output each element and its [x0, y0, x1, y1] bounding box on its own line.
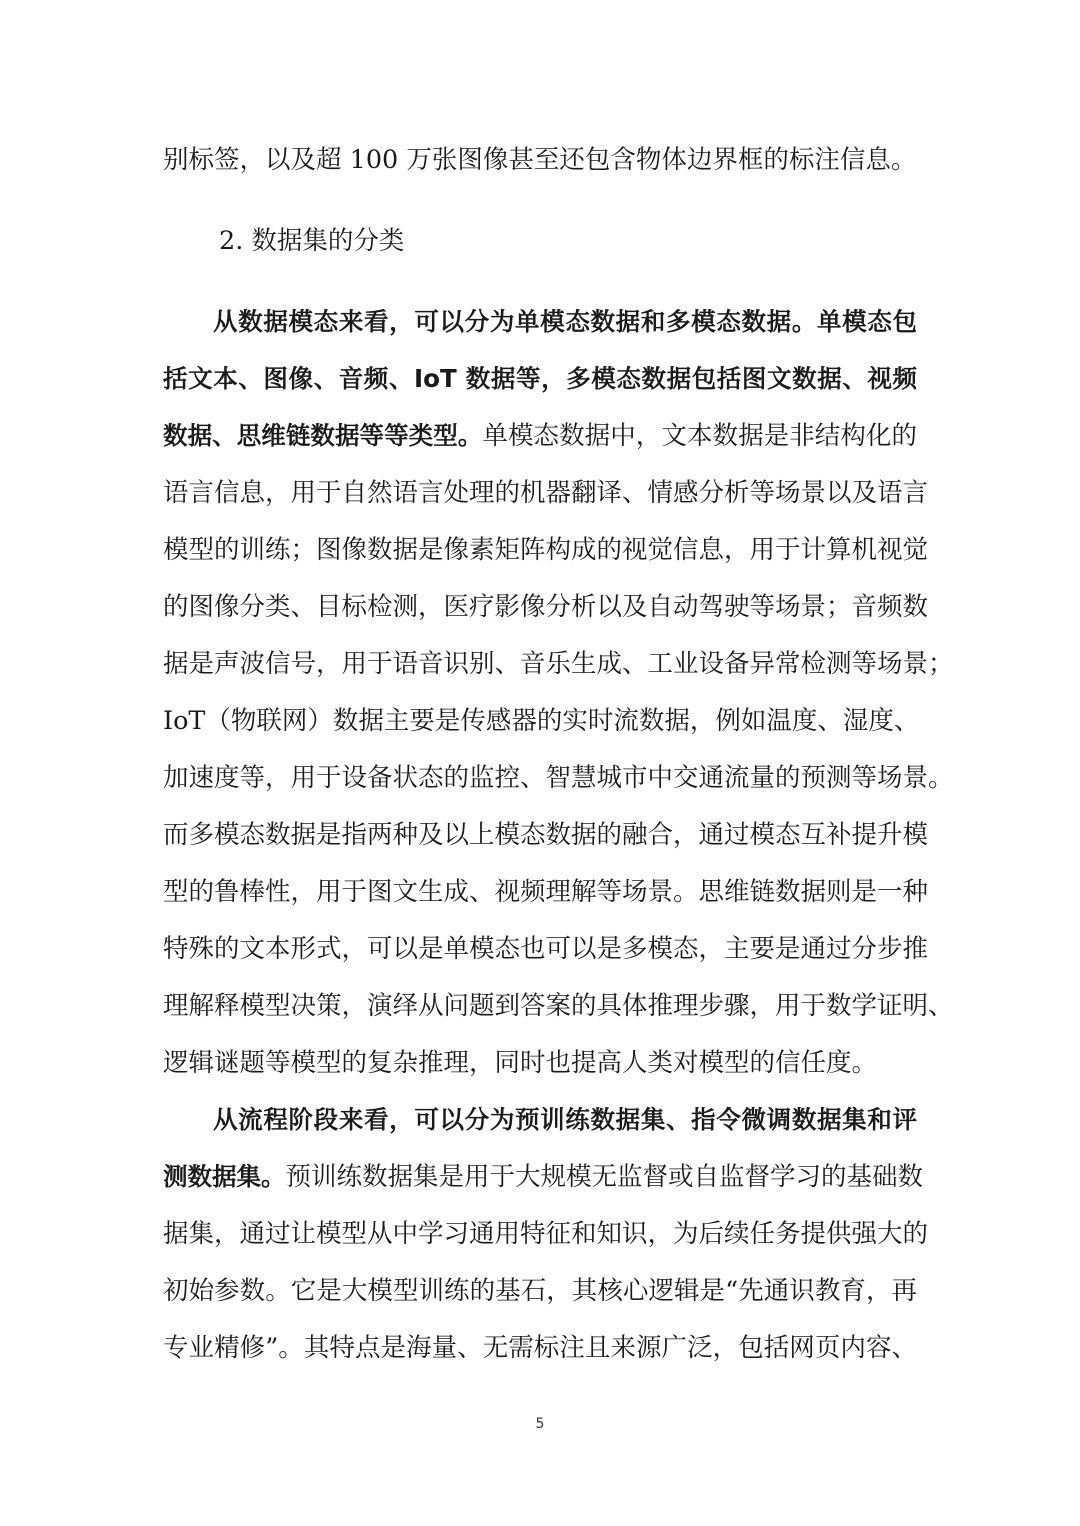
normal-text: 加速度等，用于设备状态的监控、智慧城市中交通流量的预测等场景。	[163, 763, 954, 793]
normal-text: 单模态数据中，文本数据是非结构化的	[482, 421, 917, 451]
paragraph-line: IoT（物联网）数据主要是传感器的实时流数据，例如温度、湿度、	[163, 701, 917, 741]
paragraph-line: 而多模态数据是指两种及以上模态数据的融合，通过模态互补提升模	[163, 815, 917, 855]
paragraph-line: 逻辑谜题等模型的复杂推理，同时也提高人类对模型的信任度。	[163, 1043, 917, 1083]
page-number: 5	[530, 1416, 550, 1432]
normal-text: 初始参数。它是大模型训练的基石，其核心逻辑是“先通识教育，再	[163, 1276, 917, 1306]
paragraph-line: 从流程阶段来看，可以分为预训练数据集、指令微调数据集和评	[213, 1100, 917, 1140]
normal-text: 型的鲁棒性，用于图文生成、视频理解等场景。思维链数据则是一种	[163, 877, 928, 907]
normal-text: 模型的训练；图像数据是像素矩阵构成的视觉信息，用于计算机视觉	[163, 535, 928, 565]
normal-text: IoT（物联网）数据主要是传感器的实时流数据，例如温度、湿度、	[163, 706, 919, 736]
carryover-line: 别标签，以及超 100 万张图像甚至还包含物体边界框的标注信息。	[163, 140, 917, 180]
paragraph-line: 初始参数。它是大模型训练的基石，其核心逻辑是“先通识教育，再	[163, 1271, 917, 1311]
paragraph-line: 模型的训练；图像数据是像素矩阵构成的视觉信息，用于计算机视觉	[163, 530, 917, 570]
paragraph-line: 专业精修”。其特点是海量、无需标注且来源广泛，包括网页内容、	[163, 1328, 917, 1368]
section-heading: 2. 数据集的分类	[219, 221, 404, 261]
normal-text: 特殊的文本形式，可以是单模态也可以是多模态，主要是通过分步推	[163, 934, 928, 964]
paragraph-line: 型的鲁棒性，用于图文生成、视频理解等场景。思维链数据则是一种	[163, 872, 917, 912]
normal-text: 语言信息，用于自然语言处理的机器翻译、情感分析等场景以及语言	[163, 478, 928, 508]
paragraph-line: 特殊的文本形式，可以是单模态也可以是多模态，主要是通过分步推	[163, 929, 917, 969]
paragraph-line: 据是声波信号，用于语音识别、音乐生成、工业设备异常检测等场景；	[163, 644, 917, 684]
normal-text: 专业精修”。其特点是海量、无需标注且来源广泛，包括网页内容、	[163, 1333, 917, 1363]
bold-text: 数据、思维链数据等等类型。	[163, 421, 482, 450]
paragraph-line: 括文本、图像、音频、IoT 数据等，多模态数据包括图文数据、视频	[163, 359, 917, 399]
paragraph-line: 的图像分类、目标检测，医疗影像分析以及自动驾驶等场景；音频数	[163, 587, 917, 627]
normal-text: 的图像分类、目标检测，医疗影像分析以及自动驾驶等场景；音频数	[163, 592, 928, 622]
normal-text: 预训练数据集是用于大规模无监督或自监督学习的基础数	[286, 1162, 924, 1192]
paragraph-line: 语言信息，用于自然语言处理的机器翻译、情感分析等场景以及语言	[163, 473, 917, 513]
normal-text: 逻辑谜题等模型的复杂推理，同时也提高人类对模型的信任度。	[163, 1048, 877, 1078]
normal-text: 据是声波信号，用于语音识别、音乐生成、工业设备异常检测等场景；	[163, 649, 954, 679]
normal-text: 理解释模型决策，演绎从问题到答案的具体推理步骤，用于数学证明、	[163, 991, 954, 1021]
document-page: 别标签，以及超 100 万张图像甚至还包含物体边界框的标注信息。 2. 数据集的…	[0, 0, 1080, 1526]
paragraph-line: 据集，通过让模型从中学习通用特征和知识，为后续任务提供强大的	[163, 1214, 917, 1254]
bold-text: 从流程阶段来看，可以分为预训练数据集、指令微调数据集和评	[213, 1105, 917, 1134]
bold-text: 括文本、图像、音频、IoT 数据等，多模态数据包括图文数据、视频	[163, 364, 917, 393]
paragraph-line: 理解释模型决策，演绎从问题到答案的具体推理步骤，用于数学证明、	[163, 986, 917, 1026]
paragraph-line: 从数据模态来看，可以分为单模态数据和多模态数据。单模态包	[213, 302, 917, 342]
paragraph-line: 数据、思维链数据等等类型。单模态数据中，文本数据是非结构化的	[163, 416, 917, 456]
normal-text: 而多模态数据是指两种及以上模态数据的融合，通过模态互补提升模	[163, 820, 928, 850]
paragraph-line: 测数据集。预训练数据集是用于大规模无监督或自监督学习的基础数	[163, 1157, 917, 1197]
bold-text: 测数据集。	[163, 1162, 286, 1191]
paragraph-line: 加速度等，用于设备状态的监控、智慧城市中交通流量的预测等场景。	[163, 758, 917, 798]
bold-text: 从数据模态来看，可以分为单模态数据和多模态数据。单模态包	[213, 307, 917, 336]
normal-text: 据集，通过让模型从中学习通用特征和知识，为后续任务提供强大的	[163, 1219, 928, 1249]
